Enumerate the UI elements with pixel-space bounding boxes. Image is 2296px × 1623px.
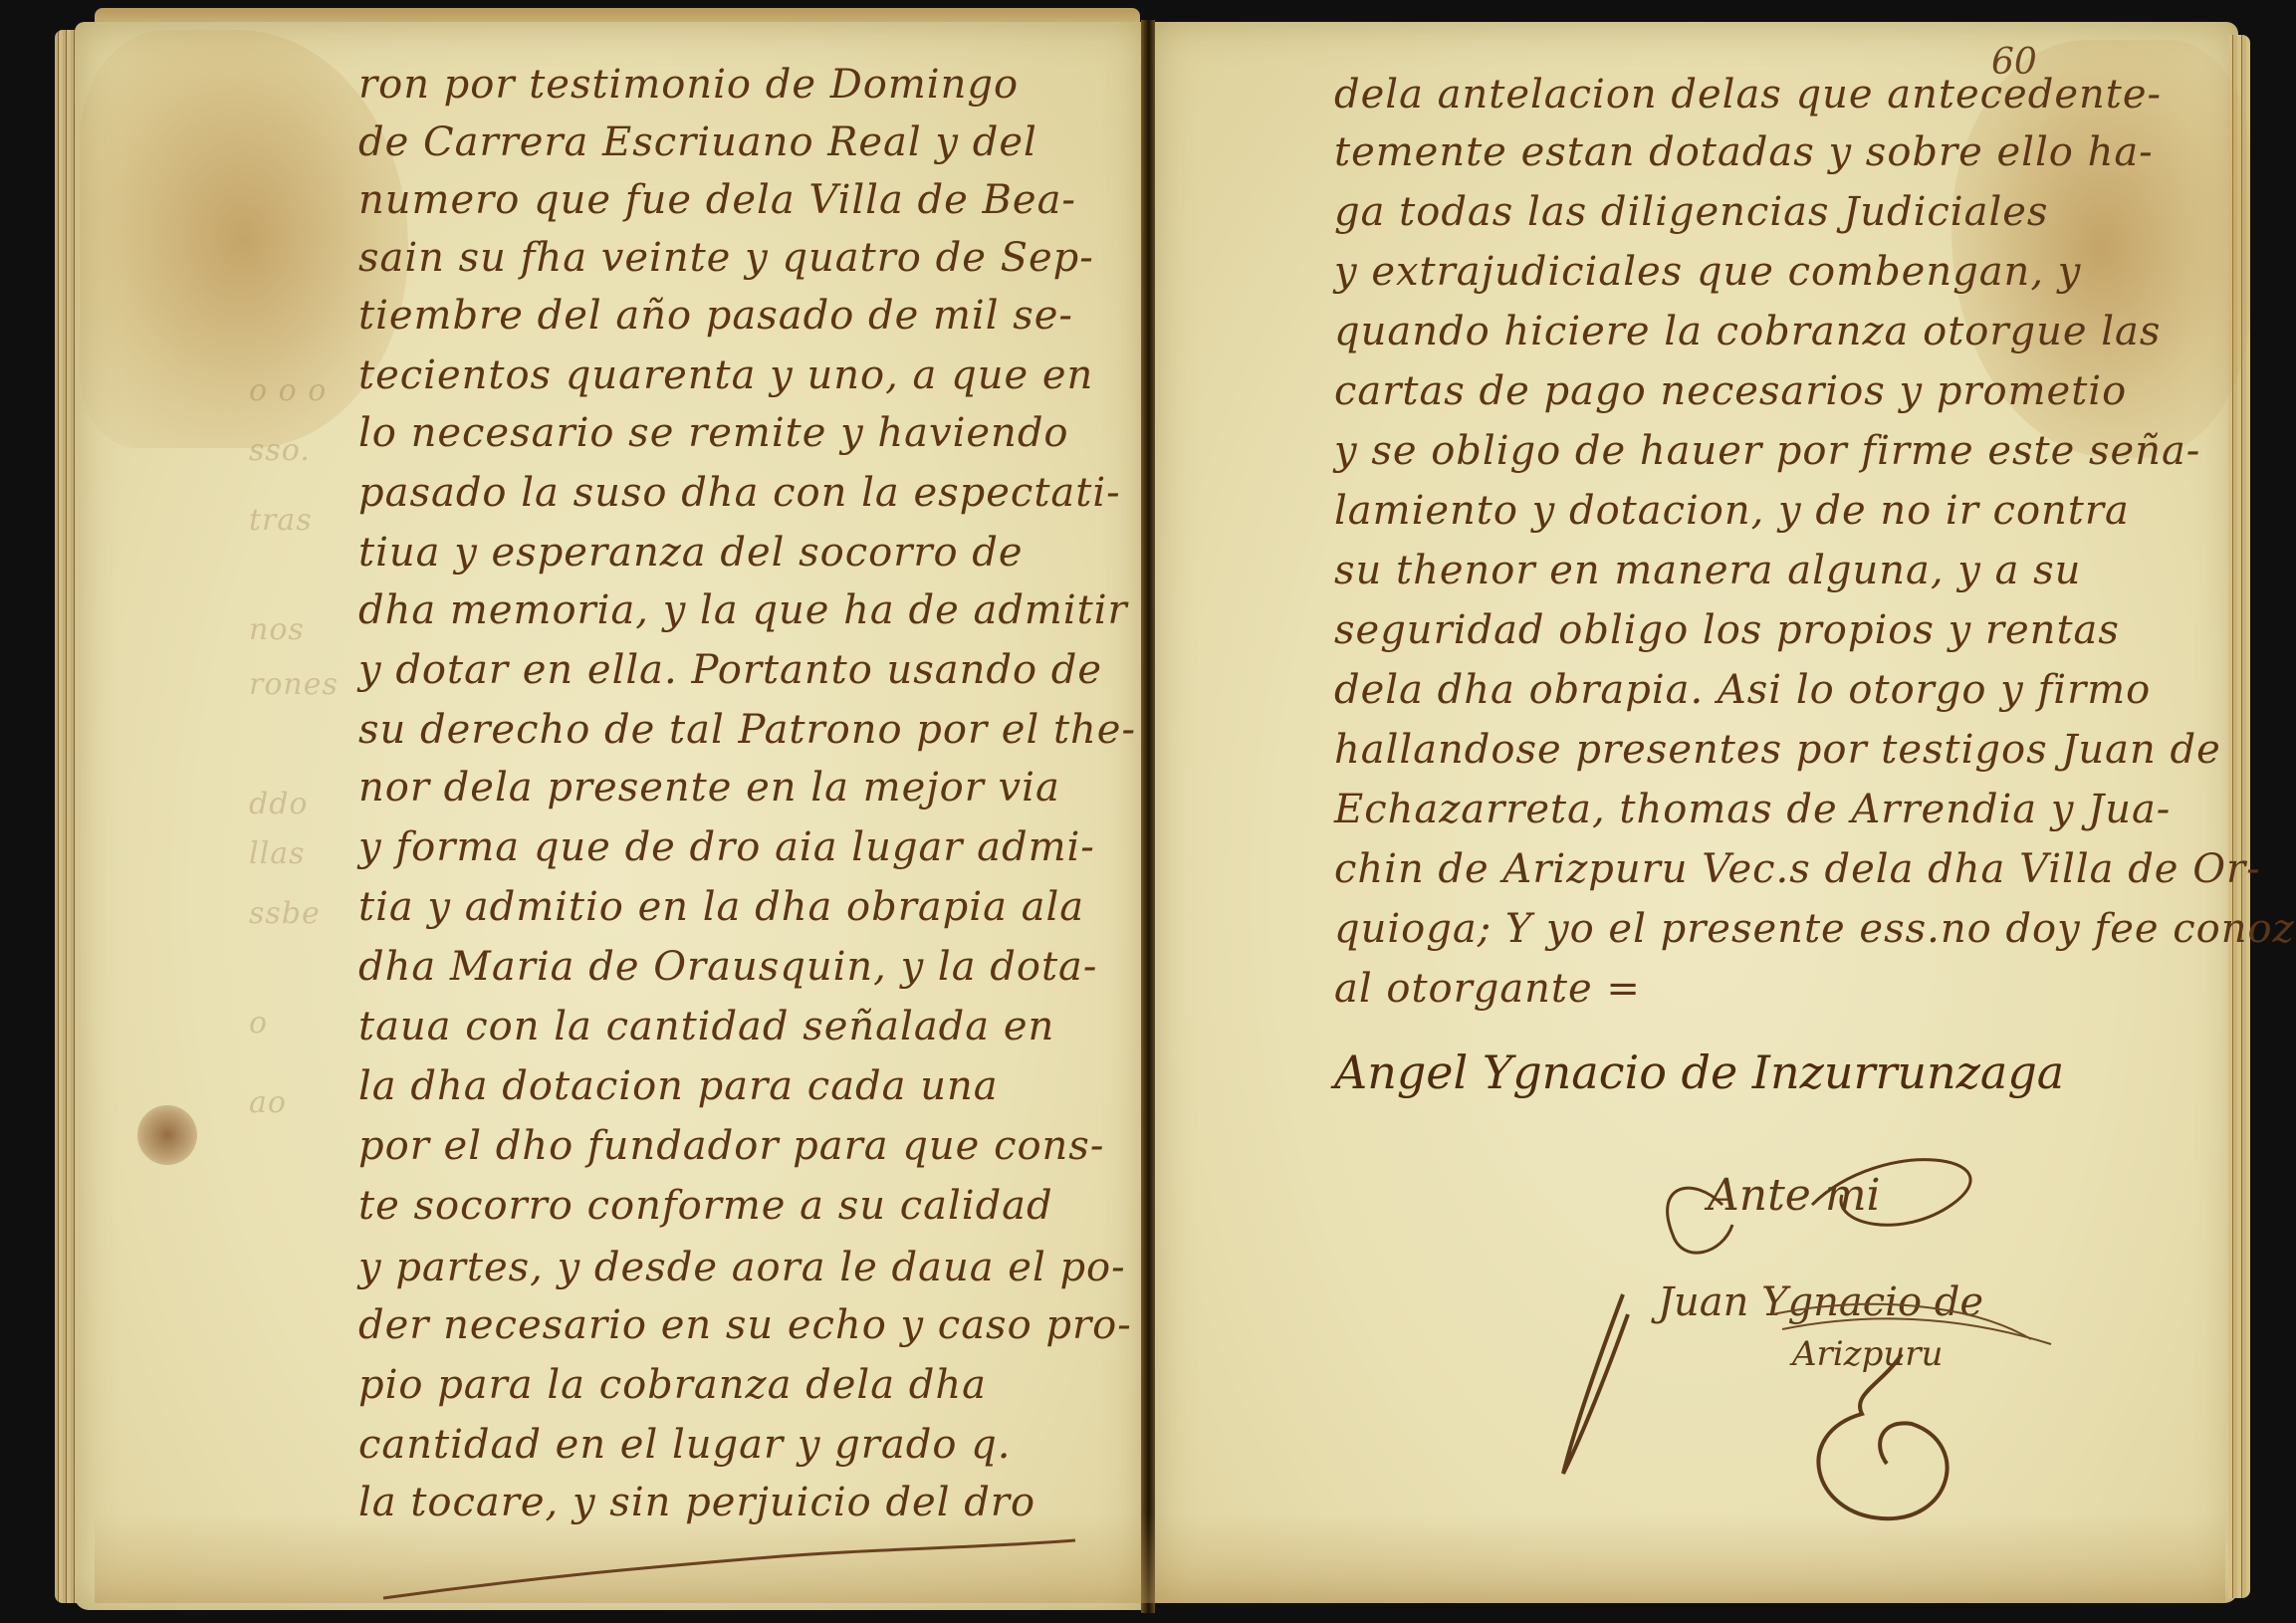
manuscript-line: te socorro conforme a su calidad [358, 1183, 1053, 1229]
manuscript-line: dela antelacion delas que antecedente- [1334, 72, 2162, 117]
manuscript-line: la dha dotacion para cada una [358, 1063, 999, 1109]
manuscript-line: y extrajudiciales que combengan, y [1334, 249, 2081, 295]
manuscript-line: su thenor en manera alguna, y a su [1334, 548, 2081, 593]
manuscript-line: chin de Arizpuru Vec.s dela dha Villa de… [1334, 846, 2261, 892]
manuscript-line: la tocare, y sin perjuicio del dro [358, 1480, 1035, 1525]
ghost-text: sso. [249, 433, 311, 468]
manuscript-line: su derecho de tal Patrono por el the- [358, 707, 1136, 753]
book-gutter [1141, 20, 1155, 1613]
ghost-text: ssbe [249, 896, 321, 931]
manuscript-line: sain su fha veinte y quatro de Sep- [358, 235, 1094, 281]
manuscript-line: y partes, y desde aora le daua el po- [358, 1245, 1126, 1290]
manuscript-line: hallandose presentes por testigos Juan d… [1334, 727, 2221, 773]
closing-flourish-line [378, 1538, 1095, 1608]
manuscript-line: taua con la cantidad señalada en [358, 1004, 1054, 1049]
manuscript-line: der necesario en su echo y caso pro- [358, 1302, 1132, 1348]
manuscript-line: quioga; Y yo el presente ess.no doy fee … [1334, 906, 2296, 952]
manuscript-line: tecientos quarenta y uno, a que en [358, 352, 1093, 398]
manuscript-line: temente estan dotadas y sobre ello ha- [1334, 129, 2154, 175]
manuscript-line: de Carrera Escriuano Real y del [358, 119, 1037, 165]
ghost-text: ddo [249, 787, 308, 821]
manuscript-line: y se obligo de hauer por firme este seña… [1334, 428, 2200, 474]
manuscript-line: quando hiciere la cobranza otorgue las [1334, 309, 2161, 354]
ghost-text: ao [249, 1085, 287, 1120]
manuscript-line: al otorgante = [1334, 966, 1641, 1012]
grantor-signature: Angel Ygnacio de Inzurrunzaga [1334, 1045, 2064, 1099]
manuscript-line: pasado la suso dha con la espectati- [358, 470, 1121, 516]
ghost-text: tras [249, 503, 313, 538]
ghost-text: o o o [249, 373, 327, 408]
manuscript-line: cartas de pago necesarios y prometio [1334, 368, 2127, 414]
manuscript-line: nor dela presente en la mejor via [358, 765, 1060, 811]
manuscript-line: tiua y esperanza del socorro de [358, 530, 1024, 576]
manuscript-line: y forma que de dro aia lugar admi- [358, 824, 1095, 870]
ink-blot-left-margin [137, 1105, 197, 1165]
manuscript-line: y dotar en ella. Portanto usando de [358, 647, 1102, 693]
manuscript-line: Echazarreta, thomas de Arrendia y Jua- [1334, 787, 2171, 832]
manuscript-line: tiembre del año pasado de mil se- [358, 293, 1073, 339]
ghost-text: nos [249, 612, 305, 647]
manuscript-line: lo necesario se remite y haviendo [358, 410, 1069, 456]
notary-rubric-flourish-icon [1553, 1145, 2151, 1523]
manuscript-line: seguridad obligo los propios y rentas [1334, 607, 2120, 653]
manuscript-line: dela dha obrapia. Asi lo otorgo y firmo [1334, 667, 2151, 713]
manuscript-line: pio para la cobranza dela dha [358, 1362, 987, 1408]
manuscript-line: cantidad en el lugar y grado q. [358, 1422, 1011, 1468]
manuscript-line: ga todas las diligencias Judiciales [1334, 189, 2048, 235]
manuscript-line: numero que fue dela Villa de Bea- [358, 177, 1076, 223]
ghost-text: llas [249, 836, 305, 871]
manuscript-line: dha Maria de Orausquin, y la dota- [358, 944, 1097, 990]
manuscript-line: ron por testimonio de Domingo [358, 62, 1019, 108]
manuscript-line: tia y admitio en la dha obrapia ala [358, 884, 1084, 930]
ghost-text: o [249, 1006, 268, 1041]
ghost-text: rones [249, 667, 339, 702]
manuscript-line: dha memoria, y la que ha de admitir [358, 587, 1128, 633]
manuscript-line: lamiento y dotacion, y de no ir contra [1334, 488, 2130, 534]
manuscript-line: por el dho fundador para que cons- [358, 1123, 1104, 1169]
